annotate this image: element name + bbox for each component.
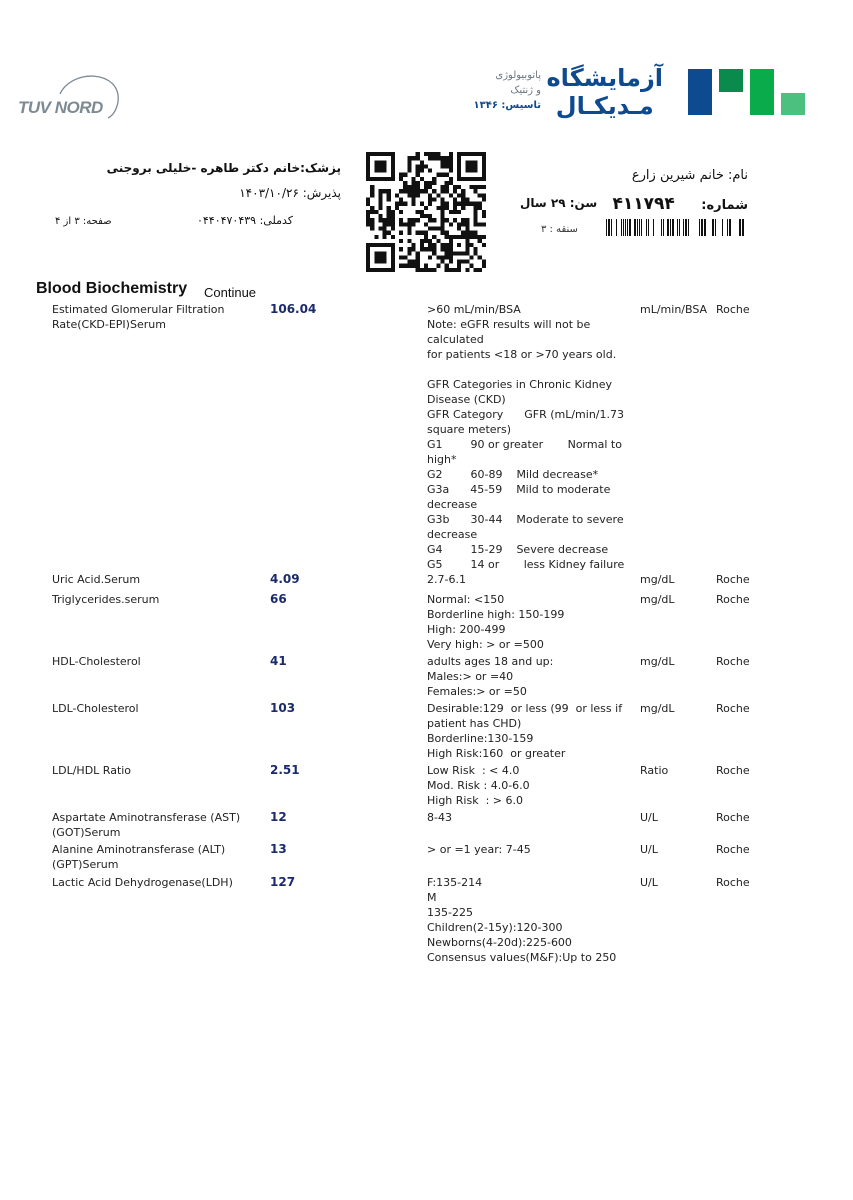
patient-number-label: شماره:: [701, 198, 748, 213]
test-value: 127: [270, 875, 295, 890]
national-id: کدملی: ۰۴۴۰۴۷۰۴۳۹: [197, 214, 293, 227]
section-title: Blood Biochemistry: [36, 280, 187, 298]
admission-date: پذیرش: ۱۴۰۳/۱۰/۲۶: [239, 186, 341, 200]
test-value: 2.51: [270, 763, 300, 778]
patient-sequence: سنقه : ۳: [541, 224, 578, 235]
section-continue-label: Continue: [204, 285, 256, 300]
doctor-name: پزشک:خانم دکتر طاهره -خلیلی بروجنی: [107, 161, 341, 175]
test-unit: mg/dL: [640, 654, 675, 669]
test-reference: Low Risk : < 4.0 Mod. Risk : 4.0-6.0 Hig…: [427, 763, 642, 808]
test-method: Roche: [716, 654, 750, 669]
lab-subtitle-line2: و ژنتیک: [474, 83, 541, 98]
test-unit: Ratio: [640, 763, 668, 778]
logo-block: [750, 69, 774, 115]
test-value: 66: [270, 592, 287, 607]
test-method: Roche: [716, 592, 750, 607]
test-name: Triglycerides.serum: [52, 592, 257, 607]
patient-name: نام: خانم شیرین زارع: [632, 168, 748, 183]
test-unit: U/L: [640, 810, 658, 825]
lab-subtitle: پاتوبیولوژی و ژنتیک تاسیس: ۱۳۴۶: [474, 68, 541, 113]
logo-block: [719, 69, 743, 92]
test-name: Alanine Aminotransferase (ALT) (GPT)Seru…: [52, 842, 257, 872]
test-reference: 2.7-6.1: [427, 572, 642, 587]
logo-block: [781, 93, 805, 115]
test-method: Roche: [716, 842, 750, 857]
patient-number-value: ۴۱۱۷۹۴: [612, 194, 674, 214]
test-unit: mg/dL: [640, 572, 675, 587]
test-unit: U/L: [640, 875, 658, 890]
lab-name-line1: آزمایشگاه: [547, 64, 663, 92]
test-value: 106.04: [270, 302, 316, 317]
test-unit: mg/dL: [640, 701, 675, 716]
lab-name: آزمایشگاه مـدیکـال: [547, 64, 663, 120]
test-reference: adults ages 18 and up: Males:> or =40 Fe…: [427, 654, 642, 699]
test-method: Roche: [716, 701, 750, 716]
test-value: 4.09: [270, 572, 300, 587]
test-name: Lactic Acid Dehydrogenase(LDH): [52, 875, 257, 890]
patient-age: سن: ۲۹ سال: [520, 196, 597, 210]
certifier-logo: TUV NORD: [18, 98, 103, 118]
test-reference: Normal: <150 Borderline high: 150-199 Hi…: [427, 592, 642, 652]
test-name: LDL-Cholesterol: [52, 701, 257, 716]
test-method: Roche: [716, 572, 750, 587]
patient-number: شماره: ۴۱۱۷۹۴: [612, 194, 748, 214]
test-reference: 8-43: [427, 810, 642, 825]
test-reference: F:135-214 M 135-225 Children(2-15y):120-…: [427, 875, 642, 965]
test-method: Roche: [716, 875, 750, 890]
test-value: 41: [270, 654, 287, 669]
test-name: LDL/HDL Ratio: [52, 763, 257, 778]
lab-name-line2: مـدیکـال: [547, 92, 663, 120]
test-name: HDL-Cholesterol: [52, 654, 257, 669]
page-number: صفحه: ۳ از ۴: [55, 216, 112, 227]
test-unit: mg/dL: [640, 592, 675, 607]
qr-code-icon: [365, 152, 487, 272]
test-method: Roche: [716, 810, 750, 825]
logo-block: [688, 69, 712, 115]
test-value: 12: [270, 810, 287, 825]
test-name: Uric Acid.Serum: [52, 572, 257, 587]
test-unit: mL/min/BSA: [640, 302, 707, 317]
lab-established: تاسیس: ۱۳۴۶: [474, 98, 541, 113]
test-value: 103: [270, 701, 295, 716]
lab-subtitle-line1: پاتوبیولوژی: [474, 68, 541, 83]
test-unit: U/L: [640, 842, 658, 857]
test-method: Roche: [716, 302, 750, 317]
test-method: Roche: [716, 763, 750, 778]
test-name: Estimated Glomerular Filtration Rate(CKD…: [52, 302, 257, 332]
test-reference: >60 mL/min/BSA Note: eGFR results will n…: [427, 302, 642, 572]
test-reference: Desirable:129 or less (99 or less if pat…: [427, 701, 642, 761]
test-reference: > or =1 year: 7-45: [427, 842, 642, 857]
barcode-icon: [606, 219, 747, 236]
test-value: 13: [270, 842, 287, 857]
test-name: Aspartate Aminotransferase (AST) (GOT)Se…: [52, 810, 257, 840]
